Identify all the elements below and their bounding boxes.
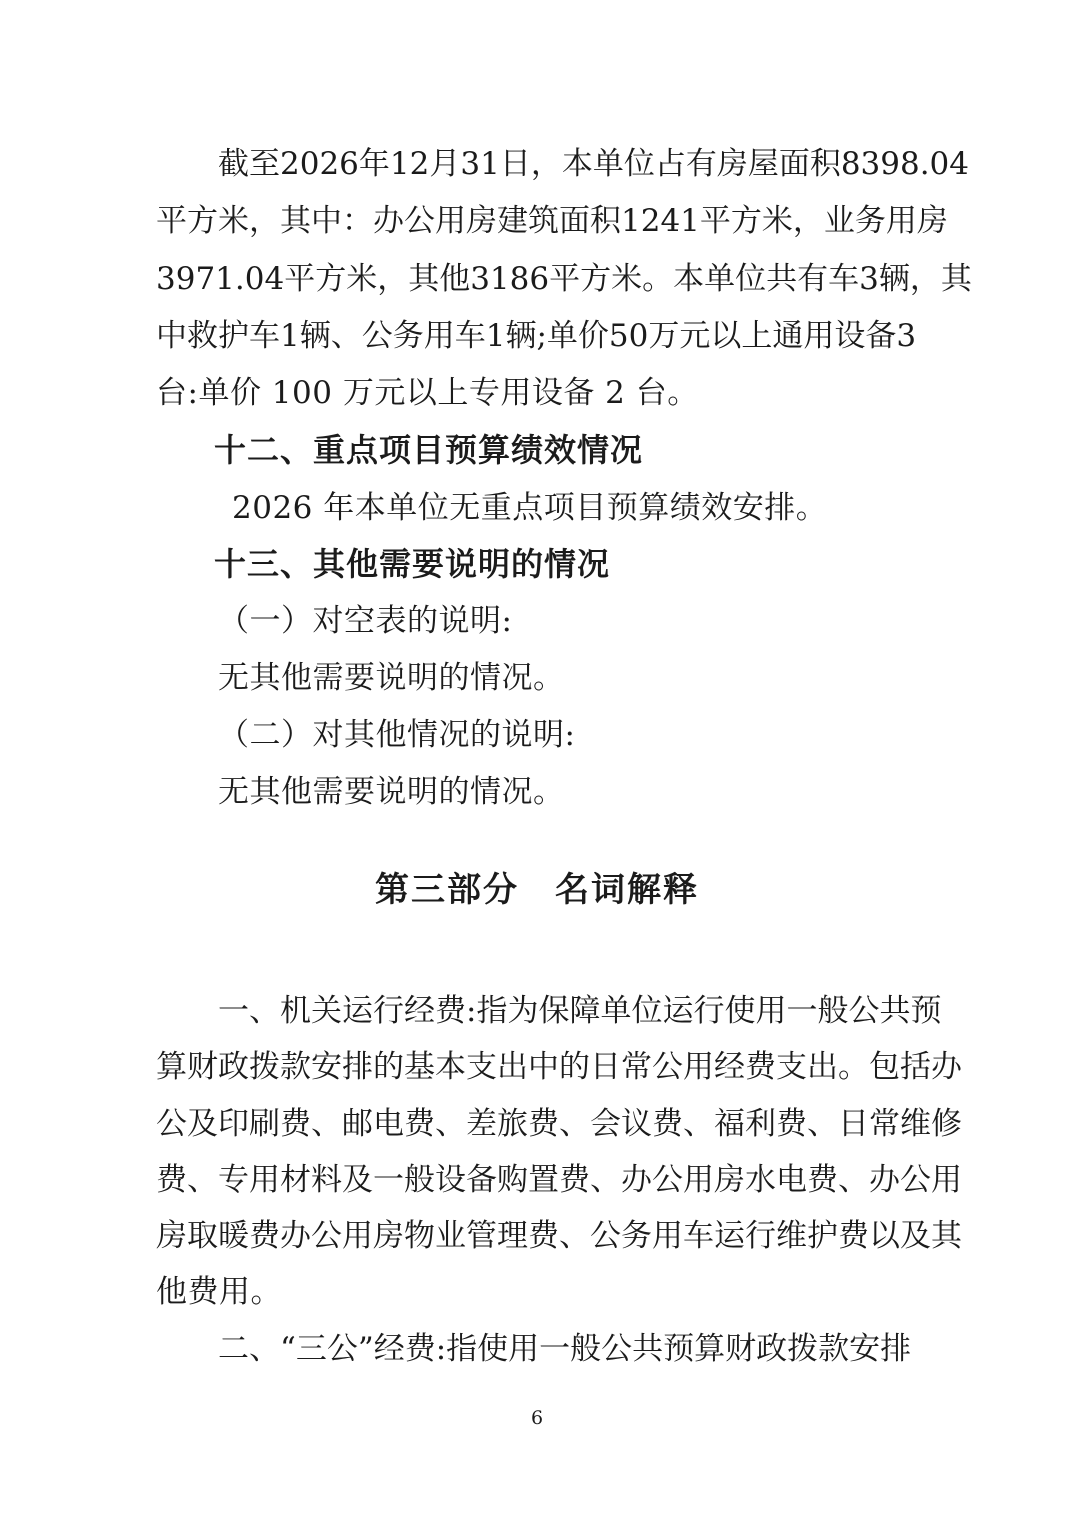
- page-number: 6: [0, 1406, 1074, 1430]
- term1-line-5: 房取暖费办公用房物业管理费、公务用车运行维护费以及其: [156, 1218, 906, 1254]
- part3-heading: 第三部分 名词解释: [0, 870, 1074, 910]
- asset-paragraph-line-3: 3971.04平方米，其他3186平方米。本单位共有车3辆，其: [156, 261, 906, 297]
- section13-item1-text: 无其他需要说明的情况。: [156, 660, 906, 696]
- term1-line-3: 公及印刷费、邮电费、差旅费、会议费、福利费、日常维修: [156, 1106, 906, 1142]
- asset-paragraph-line-1: 截至2026年12月31日，本单位占有房屋面积8398.04: [156, 146, 906, 182]
- term1-line-6: 他费用。: [156, 1274, 906, 1310]
- document-page: 截至2026年12月31日，本单位占有房屋面积8398.04 平方米，其中：办公…: [0, 0, 1074, 1520]
- section12-body: 2026 年本单位无重点项目预算绩效安排。: [156, 490, 906, 526]
- asset-paragraph-line-4: 中救护车1辆、公务用车1辆;单价50万元以上通用设备3: [156, 318, 906, 354]
- term2-line-1: 二、“三公”经费:指使用一般公共预算财政拨款安排: [156, 1331, 906, 1367]
- term1-line-4: 费、专用材料及一般设备购置费、办公用房水电费、办公用: [156, 1162, 906, 1198]
- term1-line-1: 一、机关运行经费:指为保障单位运行使用一般公共预: [156, 993, 906, 1029]
- section12-heading: 十二、重点项目预算绩效情况: [156, 432, 906, 468]
- section13-heading: 十三、其他需要说明的情况: [156, 546, 906, 582]
- section13-item1-label: （一）对空表的说明:: [156, 603, 906, 639]
- section13-item2-label: （二）对其他情况的说明:: [156, 717, 906, 753]
- term1-line-2: 算财政拨款安排的基本支出中的日常公用经费支出。包括办: [156, 1049, 906, 1085]
- asset-paragraph-line-2: 平方米，其中：办公用房建筑面积1241平方米，业务用房: [156, 203, 906, 239]
- asset-paragraph-line-5: 台:单价 100 万元以上专用设备 2 台。: [156, 375, 906, 411]
- section13-item2-text: 无其他需要说明的情况。: [156, 774, 906, 810]
